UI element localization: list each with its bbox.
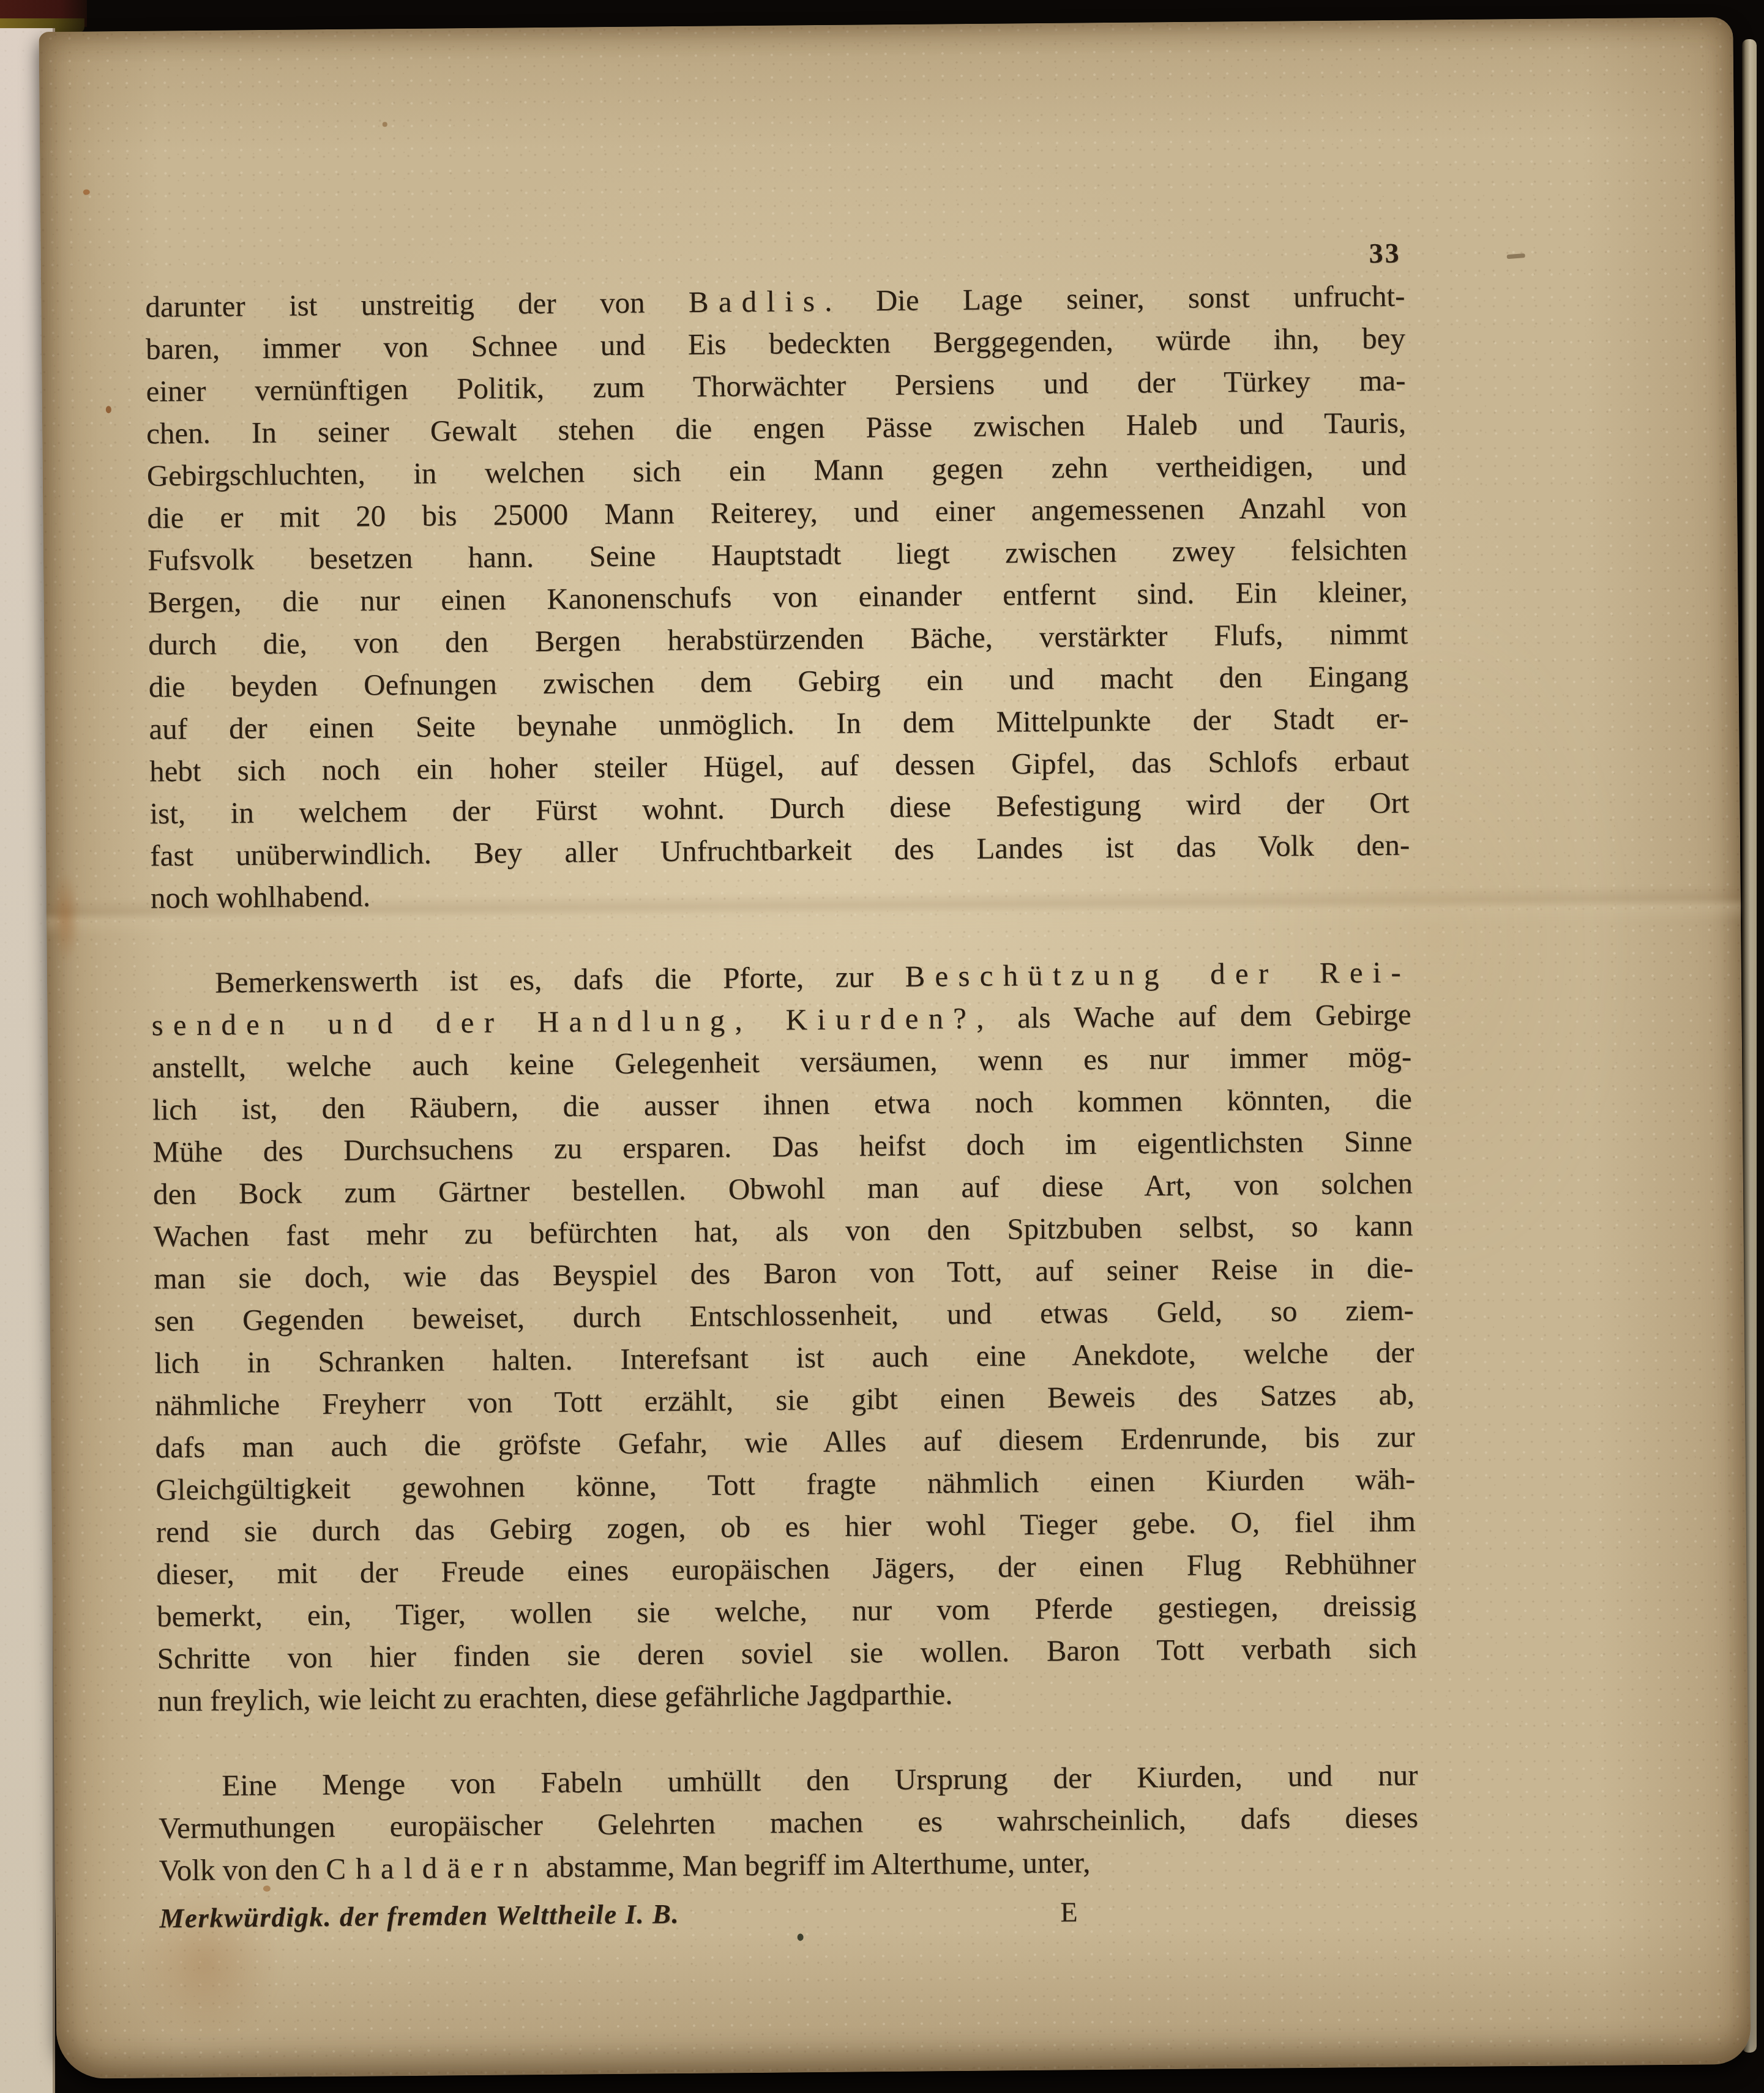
- signature-mark: E: [1060, 1890, 1078, 1933]
- footer: Merkwürdigk. der fremden Welttheile I. B…: [159, 1887, 1419, 1941]
- text-segment: dieser, mit der Freude eines europäische…: [156, 1546, 1416, 1591]
- ink-smudge: [1507, 253, 1525, 259]
- text-segment: lich ist, den Räubern, die ausser ihnen …: [152, 1082, 1412, 1127]
- paper-speck: [106, 406, 111, 413]
- text-segment: Badlis: [689, 284, 825, 319]
- page-content: 33 darunter ist unstreitig der von Badli…: [145, 236, 1419, 1941]
- text-segment: ist, in welchem der Fürst wohnt. Durch d…: [149, 786, 1409, 830]
- text-segment: senden und der Handlung, Kiurden?,: [151, 1001, 993, 1042]
- paragraph: Bemerkenswerth ist es, dafs die Pforte, …: [151, 951, 1418, 1722]
- page-paper: 33 darunter ist unstreitig der von Badli…: [39, 17, 1751, 2079]
- text-segment: fast unüberwindlich. Bey aller Unfruchtb…: [150, 828, 1410, 873]
- text-segment: chen. In seiner Gewalt stehen die engen …: [146, 406, 1406, 450]
- text-segment: bemerkt, ein, Tiger, wollen sie welche, …: [157, 1589, 1416, 1633]
- text-segment: durch die, von den Bergen herabstürzende…: [148, 617, 1408, 662]
- text-segment: die er mit 20 bis 25000 Mann Reiterey, u…: [147, 490, 1407, 535]
- text-segment: abstamme, Man begriff im Alterthume, unt…: [538, 1845, 1091, 1884]
- text-segment: Chaldäern: [326, 1850, 538, 1886]
- text-segment: Beschützung der Rei-: [905, 955, 1411, 993]
- text-segment: Gebirgschluchten, in welchen sich ein Ma…: [147, 448, 1407, 493]
- text-segment: nun freylich, wie leicht zu erachten, di…: [157, 1677, 953, 1717]
- text-segment: Vermuthungen europäischer Gelehrten mach…: [159, 1800, 1418, 1845]
- scanned-book-page: 33 darunter ist unstreitig der von Badli…: [0, 0, 1764, 2093]
- text-segment: Fufsvolk besetzen hann. Seine Hauptstadt…: [148, 532, 1407, 577]
- paper-speck: [83, 189, 90, 195]
- text-segment: man sie doch, wie das Beyspiel des Baron…: [154, 1251, 1413, 1296]
- text-segment: anstellt, welche auch keine Gelegenheit …: [152, 1040, 1411, 1084]
- text-segment: auf der einen Seite beynahe unmöglich. I…: [149, 701, 1408, 746]
- series-catchline: Merkwürdigk. der fremden Welttheile I. B…: [159, 1898, 679, 1933]
- text-segment: dafs man auch die gröfste Gefahr, wie Al…: [155, 1420, 1415, 1464]
- text-segment: baren, immer von Schnee und Eis bedeckte…: [146, 321, 1405, 366]
- text-segment: rend sie durch das Gebirg zogen, ob es h…: [156, 1504, 1416, 1549]
- text-segment: Gleichgültigkeit gewohnen könne, Tott fr…: [155, 1462, 1415, 1507]
- text-segment: Wachen fast mehr zu befürchten hat, als …: [153, 1209, 1413, 1253]
- text-segment: Schritte von hier finden sie deren sovie…: [157, 1631, 1416, 1676]
- text-segment: hebt sich noch ein hoher steiler Hügel, …: [149, 744, 1409, 788]
- text-segment: die beyden Oefnungen zwischen dem Gebirg…: [149, 659, 1408, 704]
- text-segment: sen Gegenden beweiset, durch Entschlosse…: [154, 1293, 1414, 1338]
- text-segment: Bergen, die nur einen Kanonenschufs von …: [148, 575, 1407, 619]
- text-segment: Bemerkenswerth ist es, dafs die Pforte, …: [215, 960, 905, 999]
- paper-speck: [383, 122, 387, 127]
- text-segment: als Wache auf dem Gebirge: [993, 998, 1411, 1035]
- text-segment: noch wohlhabend.: [151, 879, 371, 914]
- text-segment: Eine Menge von Fabeln umhüllt den Urspru…: [222, 1758, 1418, 1802]
- body-text: darunter ist unstreitig der von Badlis. …: [145, 275, 1419, 1892]
- text-segment: nähmliche Freyherr von Tott erzählt, sie…: [155, 1378, 1415, 1422]
- text-segment: Volk von den: [159, 1852, 326, 1887]
- text-segment: darunter ist unstreitig der von: [145, 285, 689, 324]
- paragraph: Eine Menge von Fabeln umhüllt den Urspru…: [158, 1754, 1419, 1892]
- text-segment: lich in Schranken halten. Interefsant is…: [154, 1335, 1414, 1380]
- paragraph: darunter ist unstreitig der von Badlis. …: [145, 275, 1410, 919]
- text-segment: . Die Lage seiner, sonst unfrucht-: [824, 279, 1405, 318]
- text-segment: Mühe des Durchsuchens zu ersparen. Das h…: [152, 1124, 1412, 1169]
- text-segment: den Bock zum Gärtner bestellen. Obwohl m…: [153, 1166, 1413, 1211]
- text-segment: einer vernünftigen Politik, zum Thorwäch…: [146, 364, 1405, 408]
